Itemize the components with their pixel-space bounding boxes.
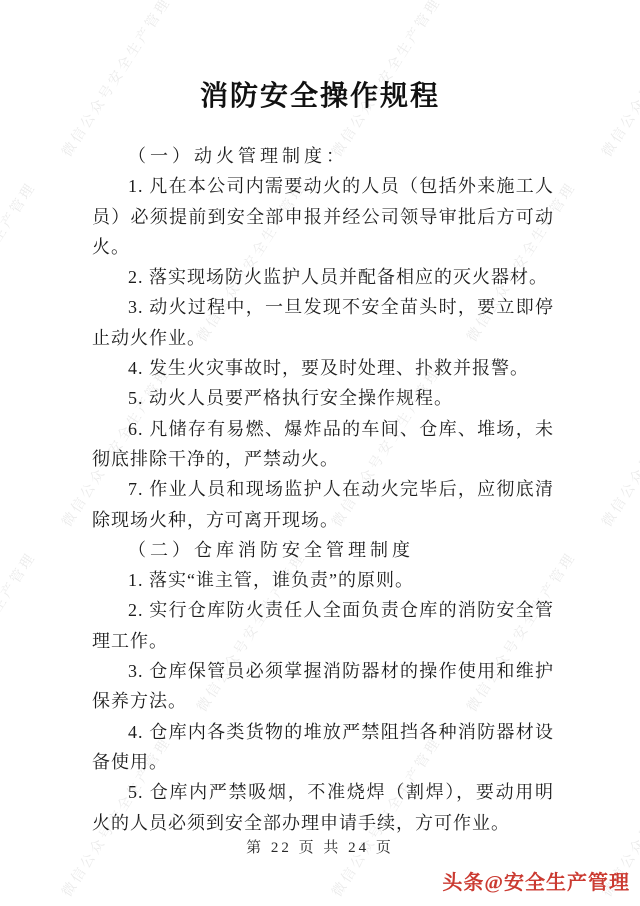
section-item: 7. 作业人员和现场监护人在动火完毕后，应彻底清除现场火种，方可离开现场。 <box>92 474 554 535</box>
document-body: （一）动火管理制度：1. 凡在本公司内需要动火的人员（包括外来施工人员）必须提前… <box>92 141 554 838</box>
section-item: 4. 发生火灾事故时，要及时处理、扑救并报警。 <box>92 353 554 383</box>
section-heading: （一）动火管理制度： <box>92 141 554 171</box>
section-item: 5. 动火人员要严格执行安全操作规程。 <box>92 383 554 413</box>
diagonal-watermark-text: 微信公众号安全生产管理 <box>0 178 40 346</box>
section-heading: （二）仓库消防安全管理制度 <box>92 535 554 565</box>
diagonal-watermark-text: 微信公众号安全生产管理 <box>0 548 40 716</box>
page-footer: 第 22 页 共 24 页 <box>0 836 640 857</box>
diagonal-watermark-text: 微信公众号安全生产管理 <box>597 363 640 531</box>
section-item: 3. 动火过程中，一旦发现不安全苗头时，要立即停止动火作业。 <box>92 292 554 353</box>
document-page: 微信公众号安全生产管理微信公众号安全生产管理微信公众号安全生产管理微信公众号安全… <box>0 0 640 906</box>
section-item: 5. 仓库内严禁吸烟，不准烧焊（割焊），要动用明火的人员必须到安全部办理申请手续… <box>92 777 554 838</box>
page-number-label: 第 22 页 共 24 页 <box>246 840 394 856</box>
section-item: 2. 实行仓库防火责任人全面负责仓库的消防安全管理工作。 <box>92 595 554 656</box>
section-item: 6. 凡储存有易燃、爆炸品的车间、仓库、堆场，未彻底排除干净的，严禁动火。 <box>92 414 554 475</box>
section-item: 1. 凡在本公司内需要动火的人员（包括外来施工人员）必须提前到安全部申报并经公司… <box>92 171 554 262</box>
toutiao-watermark-badge: 头条@安全生产管理 <box>442 866 630 895</box>
page-title: 消防安全操作规程 <box>0 74 640 114</box>
section-item: 4. 仓库内各类货物的堆放严禁阻挡各种消防器材设备使用。 <box>92 717 554 778</box>
section-item: 3. 仓库保管员必须掌握消防器材的操作使用和维护保养方法。 <box>92 656 554 717</box>
section-item: 2. 落实现场防火监护人员并配备相应的灭火器材。 <box>92 262 554 292</box>
section-item: 1. 落实“谁主管，谁负责”的原则。 <box>92 565 554 595</box>
